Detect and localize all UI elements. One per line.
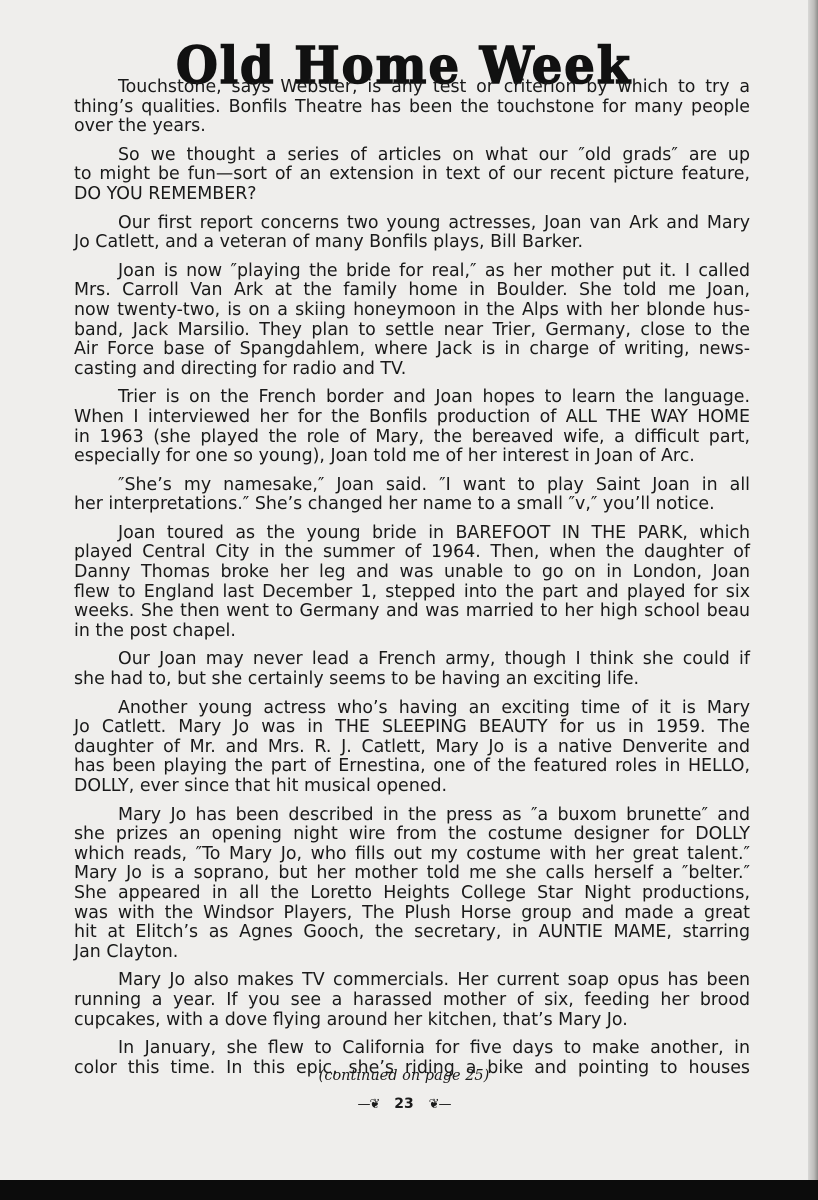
continued-note: (continued on page 25) xyxy=(0,1068,808,1084)
article-paragraph: So we thought a series of articles on wh… xyxy=(74,146,750,205)
text-line: cupcakes, with a dove flying around her … xyxy=(74,1011,750,1031)
article-paragraph: ″She’s my namesake,″ Joan said. ″I want … xyxy=(74,476,750,515)
text-line: Mary Jo also makes TV commercials. Her c… xyxy=(74,971,750,991)
text-line: weeks. She then went to Germany and was … xyxy=(74,602,750,622)
text-line: Danny Thomas broke her leg and was unabl… xyxy=(74,563,750,583)
article-paragraph: Mary Jo also makes TV commercials. Her c… xyxy=(74,971,750,1030)
article-paragraph: Mary Jo has been described in the press … xyxy=(74,806,750,963)
magazine-page: Old Home Week Touchstone, says Webster, … xyxy=(0,0,808,1180)
text-line: ″She’s my namesake,″ Joan said. ″I want … xyxy=(74,476,750,496)
text-line: Mrs. Carroll Van Ark at the family home … xyxy=(74,281,750,301)
text-line: her interpretations.″ She’s changed her … xyxy=(74,495,750,515)
text-line: in the post chapel. xyxy=(74,622,750,642)
folio-ornament-right-icon: ❦— xyxy=(429,1097,451,1112)
text-line: now twenty-two, is on a skiing honeymoon… xyxy=(74,301,750,321)
text-line: Mary Jo has been described in the press … xyxy=(74,806,750,826)
text-line: DOLLY, ever since that hit musical opene… xyxy=(74,777,750,797)
text-line: Our Joan may never lead a French army, t… xyxy=(74,650,750,670)
text-line: So we thought a series of articles on wh… xyxy=(74,146,750,166)
text-line: Our first report concerns two young actr… xyxy=(74,214,750,234)
scan-bottom-border xyxy=(0,1180,818,1200)
page-number: 23 xyxy=(394,1096,413,1112)
text-line: to might be fun—sort of an extension in … xyxy=(74,165,750,185)
text-line: flew to England last December 1, stepped… xyxy=(74,583,750,603)
article-paragraph: Touchstone, says Webster, is any test or… xyxy=(74,78,750,137)
text-line: Jan Clayton. xyxy=(74,943,750,963)
article-paragraph: Trier is on the French border and Joan h… xyxy=(74,388,750,466)
text-line: running a year. If you see a harassed mo… xyxy=(74,991,750,1011)
text-line: especially for one so young), Joan told … xyxy=(74,447,750,467)
text-line: In January, she flew to California for f… xyxy=(74,1039,750,1059)
text-line: over the years. xyxy=(74,117,750,137)
text-line: has been playing the part of Ernestina, … xyxy=(74,757,750,777)
folio-ornament-left-icon: —❦ xyxy=(357,1097,379,1112)
text-line: When I interviewed her for the Bonfils p… xyxy=(74,408,750,428)
text-line: Mary Jo is a soprano, but her mother tol… xyxy=(74,864,750,884)
text-line: played Central City in the summer of 196… xyxy=(74,543,750,563)
text-line: Trier is on the French border and Joan h… xyxy=(74,388,750,408)
page-folio: —❦ 23 ❦— xyxy=(0,1096,808,1112)
text-line: daughter of Mr. and Mrs. R. J. Catlett, … xyxy=(74,738,750,758)
text-line: was with the Windsor Players, The Plush … xyxy=(74,904,750,924)
article-paragraph: Our Joan may never lead a French army, t… xyxy=(74,650,750,689)
page-edge-shadow xyxy=(808,0,818,1180)
text-line: Jo Catlett, and a veteran of many Bonfil… xyxy=(74,233,750,253)
article-paragraph: Joan is now ″playing the bride for real,… xyxy=(74,262,750,380)
text-line: Another young actress who’s having an ex… xyxy=(74,699,750,719)
article-paragraph: Joan toured as the young bride in BAREFO… xyxy=(74,524,750,642)
text-line: She appeared in all the Loretto Heights … xyxy=(74,884,750,904)
text-line: casting and directing for radio and TV. xyxy=(74,360,750,380)
text-line: Touchstone, says Webster, is any test or… xyxy=(74,78,750,98)
text-line: Jo Catlett. Mary Jo was in THE SLEEPING … xyxy=(74,718,750,738)
text-line: Air Force base of Spangdahlem, where Jac… xyxy=(74,340,750,360)
text-line: band, Jack Marsilio. They plan to settle… xyxy=(74,321,750,341)
article-body: Touchstone, says Webster, is any test or… xyxy=(74,78,750,1087)
text-line: Joan is now ″playing the bride for real,… xyxy=(74,262,750,282)
text-line: she prizes an opening night wire from th… xyxy=(74,825,750,845)
text-line: in 1963 (she played the role of Mary, th… xyxy=(74,428,750,448)
text-line: Joan toured as the young bride in BAREFO… xyxy=(74,524,750,544)
text-line: which reads, ″To Mary Jo, who fills out … xyxy=(74,845,750,865)
text-line: DO YOU REMEMBER? xyxy=(74,185,750,205)
text-line: hit at Elitch’s as Agnes Gooch, the secr… xyxy=(74,923,750,943)
article-paragraph: Another young actress who’s having an ex… xyxy=(74,699,750,797)
text-line: thing’s qualities. Bonfils Theatre has b… xyxy=(74,98,750,118)
text-line: she had to, but she certainly seems to b… xyxy=(74,670,750,690)
article-paragraph: Our first report concerns two young actr… xyxy=(74,214,750,253)
